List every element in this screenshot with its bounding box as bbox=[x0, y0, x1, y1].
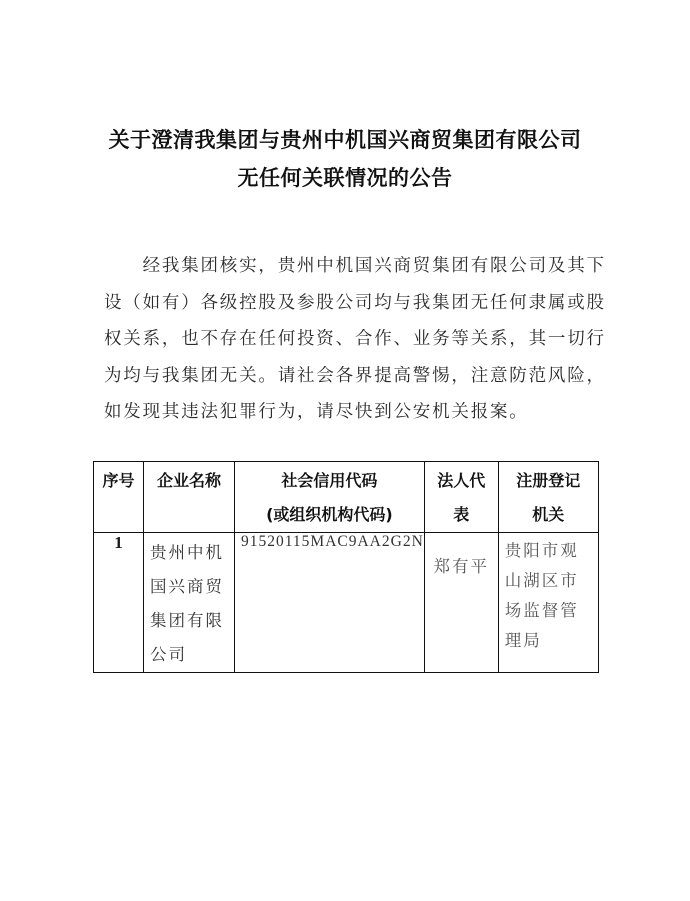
header-credit-code: 社会信用代码 (或组织机构代码) bbox=[235, 462, 425, 533]
header-company-name: 企业名称 bbox=[144, 462, 235, 533]
company-info-table: 序号 企业名称 社会信用代码 (或组织机构代码) 法人代 表 注册登记 机关 1… bbox=[93, 461, 599, 673]
body-line: 如发现其违法犯罪行为，请尽快到公安机关报案。 bbox=[104, 394, 604, 431]
cell-serial-number: 1 bbox=[94, 533, 144, 673]
body-line: 为均与我集团无关。请社会各界提高警惕，注意防范风险， bbox=[104, 358, 604, 395]
cell-credit-code: 91520115MAC9AA2G2N bbox=[235, 533, 425, 673]
cell-company-name: 贵州中机 国兴商贸 集团有限 公司 bbox=[144, 533, 235, 673]
notice-title-line-2: 无任何关联情况的公告 bbox=[0, 162, 690, 192]
header-registration-authority: 注册登记 机关 bbox=[498, 462, 598, 533]
body-line: 设（如有）各级控股及参股公司均与我集团无任何隶属或股 bbox=[104, 285, 604, 322]
notice-title-line-1: 关于澄清我集团与贵州中机国兴商贸集团有限公司 bbox=[0, 124, 690, 154]
header-serial-number: 序号 bbox=[94, 462, 144, 533]
cell-legal-representative: 郑有平 bbox=[424, 533, 498, 673]
header-legal-representative: 法人代 表 bbox=[424, 462, 498, 533]
table-header-row: 序号 企业名称 社会信用代码 (或组织机构代码) 法人代 表 注册登记 机关 bbox=[94, 462, 599, 533]
body-line: 经我集团核实，贵州中机国兴商贸集团有限公司及其下 bbox=[104, 248, 604, 285]
notice-body: 经我集团核实，贵州中机国兴商贸集团有限公司及其下 设（如有）各级控股及参股公司均… bbox=[104, 248, 604, 431]
table-row: 1 贵州中机 国兴商贸 集团有限 公司 91520115MAC9AA2G2N 郑… bbox=[94, 533, 599, 673]
body-line: 权关系，也不存在任何投资、合作、业务等关系，其一切行 bbox=[104, 321, 604, 358]
cell-registration-authority: 贵阳市观 山湖区市 场监督管 理局 bbox=[498, 533, 598, 673]
